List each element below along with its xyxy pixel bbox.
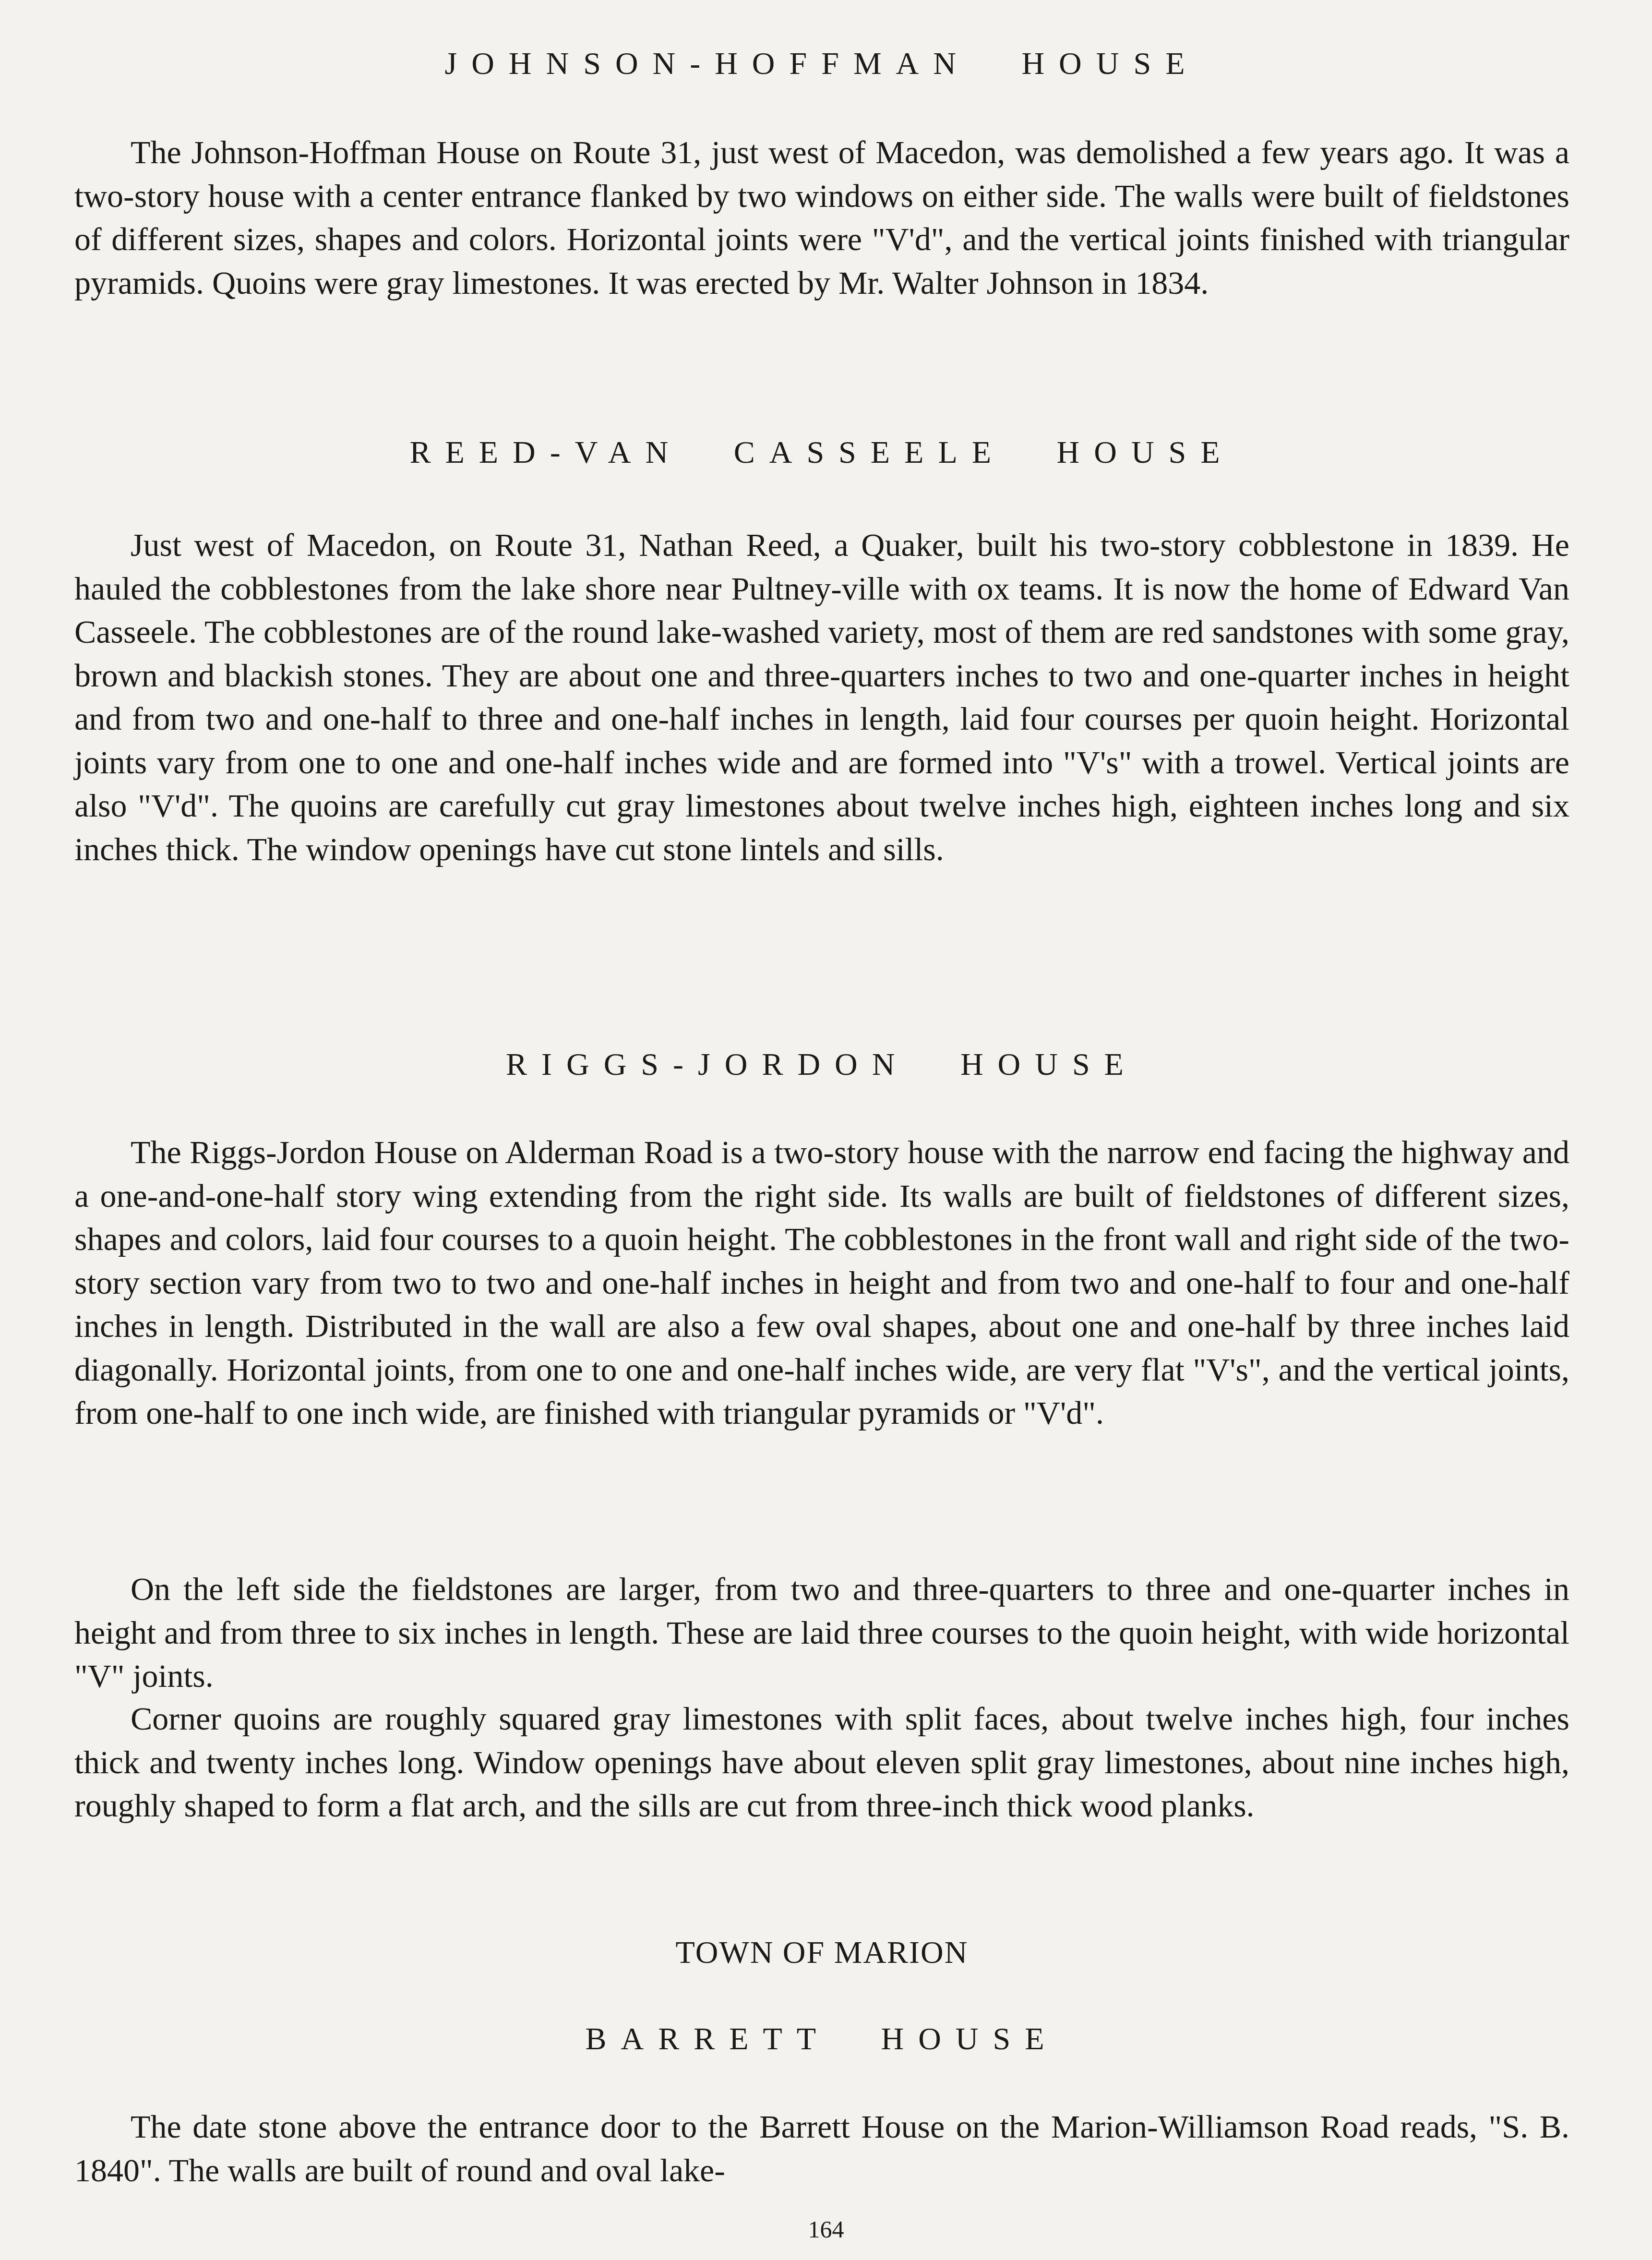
section-heading-reed-van-casseele: REED-VAN CASSEELE HOUSE (74, 434, 1569, 471)
page-number: 164 (0, 2215, 1652, 2243)
section-heading-barrett: BARRETT HOUSE (74, 2021, 1569, 2057)
paragraph-johnson-hoffman: The Johnson-Hoffman House on Route 31, j… (74, 131, 1569, 304)
paragraph-reed-van-casseele: Just west of Macedon, on Route 31, Natha… (74, 523, 1569, 871)
paragraph-riggs-jordon-1: The Riggs-Jordon House on Alderman Road … (74, 1130, 1569, 1435)
town-heading-marion: TOWN OF MARION (74, 1935, 1569, 1971)
section-heading-riggs-jordon: RIGGS-JORDON HOUSE (74, 1046, 1569, 1083)
paragraph-barrett: The date stone above the entrance door t… (74, 2105, 1569, 2192)
paragraph-riggs-jordon-3: Corner quoins are roughly squared gray l… (74, 1697, 1569, 1827)
paragraph-riggs-jordon-2: On the left side the fieldstones are lar… (74, 1567, 1569, 1698)
section-heading-johnson-hoffman: JOHNSON-HOFFMAN HOUSE (74, 46, 1569, 82)
